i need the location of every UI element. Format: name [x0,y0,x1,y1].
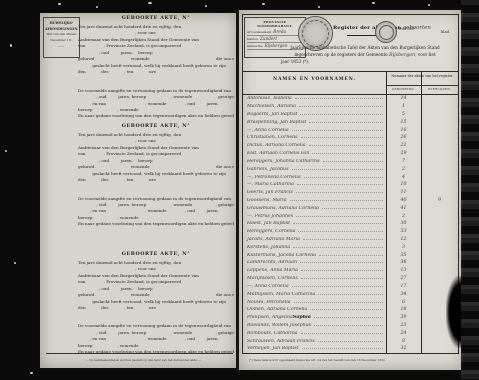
table-row: Nouws, Petronella 6 [243,298,458,306]
dotted-leader [301,333,383,334]
name-cell: Goossens, Maria [243,198,386,203]
name-cell: Leppens, Anna Maria [243,268,386,273]
form-line: den des , ten ure [78,69,234,75]
table-row: Rombouts, Catharina 24 [243,329,458,337]
act-number-cell: 27 [386,276,421,281]
name-handwritten-bold: Sophia [293,315,311,320]
dotted-leader [301,278,383,279]
blad-label: blad. [441,30,450,34]
table-row: —, Maria Catharina 10 [243,181,458,189]
act-number-cell: 18 [386,307,421,312]
act-number-cell: 41 [386,206,421,211]
form-line: gehuwd wonende die ons een kind van het [78,56,234,62]
name-cell: —, Maria Catharina [243,182,386,187]
subtitle-line2-text: ingeschreven op de registers der Gemeent… [294,52,387,57]
act-number-cell: 22 [386,143,421,148]
table-row: Mathijssen, Maria Catharina 34 [243,290,458,298]
dotted-leader [295,98,383,99]
table-row: Hereijgers, Cornelia 33 [243,228,458,236]
dotted-leader [294,302,383,303]
dotted-leader [296,216,383,217]
name-cell: Philipsen, Angelina Sophia [243,315,386,320]
form-line: gehuwd wonende die ons een kind van het [78,164,234,170]
act-number-cell: 23 [386,323,421,328]
margin-box-line: Wet van den 26sten [45,32,78,38]
table-row: Geerts, Jan Francis 11 [243,189,458,197]
scan-noise-speck [318,6,320,8]
name-cell: Nouws, Petronella [243,300,386,305]
name-cell: Christianen, Cornelis [243,135,386,140]
dotted-leader [293,247,383,248]
act-number-cell: 34 [386,292,421,297]
province-row-label: Kanton [247,36,258,42]
form-line: , en van , wonende , oud jaren, [78,336,234,342]
table-row: —, Petrus Johannes 2 [243,212,458,220]
act-number-cell: 30 [386,221,421,226]
dotted-leader [292,286,383,287]
table-row: Marijnissen, Cornelis 27 [243,275,458,283]
province-row-label: Arrondissement [247,29,271,35]
table-row: Verheijen, Jan Baptist 32 [243,345,458,353]
name-handwritten: Gabriels, Jacobus [247,167,289,172]
number-header-rule [386,85,458,86]
scan-noise-speck [428,4,430,6]
scan-noise-speck [262,3,265,5]
name-cell: Hereijgers, Johanna Catharina [243,159,386,164]
subtitle-line2-tail: , voor het [415,52,435,57]
name-handwritten: Dictus, Adriana Cornelia [247,143,306,148]
name-cell: —, Petrus Johannes [243,214,386,219]
name-cell: Braspenning, Jan Baptist [243,120,386,125]
table-row: Bogaerts, Jan Baptist 5 [243,111,458,119]
table-row: Antonisse, Isabella 14 [243,95,458,103]
table-row: Roelands, Willem Josephus 23 [243,322,458,330]
scan-noise-speck [30,372,33,374]
dotted-leader [314,317,383,318]
table-top-rule [243,71,458,72]
dotted-leader [300,262,383,263]
left-page-birth-act-forms: HUWELIJKS-AFKONDIGINGEN.Wet van den 26st… [40,13,237,368]
name-handwritten: —, Anna Cornelia [247,284,289,289]
scan-noise-speck [372,2,375,4]
act-number-cell: 16 [386,128,421,133]
birth-act-section: GEBOORTE AKTE, N° Ten jare duizend acht … [78,15,234,120]
birth-act-title: GEBOORTE AKTE, N° [78,251,234,257]
name-handwritten: —, Maria Catharina [247,182,294,187]
dotted-leader [319,255,383,256]
dotted-leader [318,341,383,342]
name-handwritten: Goossens, Maria [247,198,287,203]
dotted-leader [310,309,383,310]
name-handwritten: Marijnissen, Cornelis [247,276,298,281]
name-cell: Machielsen, Adriana [243,104,386,109]
name-cell: —, Anna Cornelia [243,128,386,133]
dotted-leader [309,145,383,146]
margin-box-line: —— [45,44,78,50]
birth-act-title: GEBOORTE AKTE, N° [78,123,234,129]
act-number-cell: 7 [386,159,421,164]
name-cell: Kustermans, Jacoba Cornelia [243,253,386,258]
name-handwritten: Leppens, Anna Maria [247,268,298,273]
form-line: , en van , wonende , oud jaren, [78,208,234,214]
birth-act-title: GEBOORTE AKTE, N° [78,15,234,21]
name-cell: Elst, Adriaan Cornelis van [243,151,386,156]
table-row: Kerstens, Johanna 3 [243,243,458,251]
act-number-cell: 2 [386,214,421,219]
dotted-leader [304,177,383,178]
right-page-footnote: (*) Deze tafel wordt opgemaakt ingevolge… [249,358,443,362]
name-handwritten: Jacobs, Adriana Maria [247,237,300,242]
act-number-cell: 29 [386,151,421,156]
table-row: Oomen, Adriana Cornelia 18 [243,306,458,314]
table-row: Elst, Adriaan Cornelis van 29 [243,150,458,158]
dotted-leader [314,325,383,326]
dotted-leader [292,169,384,170]
act-number-cell: 36 [386,260,421,265]
name-handwritten: Christianen, Cornelis [247,135,298,140]
act-number-cell: 32 [386,346,421,351]
name-handwritten: Braspenning, Jan Baptist [247,120,306,125]
province-row-handwritten-value: Zundert [260,36,277,42]
name-cell: Lambrechts, Adriaan [243,260,386,265]
act-number-cell: 10 [386,182,421,187]
dotted-leader [297,184,383,185]
name-cell: Hereijgers, Cornelia [243,229,386,234]
table-row: —, Petronella Cornelia 4 [243,173,458,181]
dotted-leader [290,200,383,201]
number-column-header: Nummer der akten van het register [386,74,458,78]
left-page-footnote: — De kantteekeningen worden gesteld op d… [60,358,227,362]
table-row: Haest, Jan Baptist 30 [243,220,458,228]
name-cell: Mathijssen, Maria Catharina [243,292,386,297]
act-number-cell: 15 [386,120,421,125]
name-handwritten: Rombouts, Catharina [247,331,298,336]
act-number-cell: 14 [386,96,421,101]
name-handwritten: Verheijen, Jan Baptist [247,346,299,351]
table-row: Grauwmans, Adriana Cornelia 41 [243,204,458,212]
act-number-cell: 3 [386,245,421,250]
act-number-cell: 12 [386,237,421,242]
register-title-underline [347,35,377,36]
name-cell: Roelands, Willem Josephus [243,323,386,328]
name-handwritten: Haest, Jan Baptist [247,221,290,226]
scan-noise-speck [148,2,152,4]
scan-noise-speck [205,5,207,7]
dotted-leader [318,294,383,295]
birth-act-witness-clause: De voormelde aangifte en vertooning geda… [78,88,234,120]
birth-act-body: Ten jare duizend acht honderd drie en vi… [78,24,234,76]
dotted-leader [296,192,383,193]
name-handwritten: Machielsen, Adriana [247,104,296,109]
dotted-leader [323,161,383,162]
birth-act-section: GEBOORTE AKTE, N° Ten jare duizend acht … [78,251,234,356]
name-cell: Dictus, Adriana Cornelia [243,143,386,148]
index-border-frame: PROVINCIE NOORDBRABANT. ArrondissementBr… [242,14,459,354]
name-cell: Oomen, Adriana Cornelia [243,307,386,312]
name-handwritten: —, Petronella Cornelia [247,175,301,180]
name-handwritten: Roelands, Willem Josephus [247,323,311,328]
name-handwritten: Oomen, Adriana Cornelia [247,307,307,312]
birth-act-witness-clause: De voormelde aangifte en vertooning geda… [78,323,234,355]
act-number-cell: 33 [386,229,421,234]
table-row: Lambrechts, Adriaan 36 [243,259,458,267]
table-row: —, Anna Cornelia 16 [243,126,458,134]
name-cell: Haest, Jan Baptist [243,221,386,226]
birth-act-body: Ten jare duizend acht honderd drie en vi… [78,132,234,184]
table-row: Machielsen, Adriana 1 [243,103,458,111]
act-number-cell: 40 [386,198,421,203]
act-number-cell: 35 [386,253,421,258]
name-handwritten: —, Petrus Johannes [247,214,293,219]
name-cell: Grauwmans, Adriana Cornelia [243,206,386,211]
name-handwritten: —, Anna Cornelia [247,128,289,133]
act-number-cell: 5 [386,112,421,117]
table-row: Dictus, Adriana Cornelia 22 [243,142,458,150]
name-handwritten: Hereijgers, Cornelia [247,229,295,234]
name-handwritten: Grauwmans, Adriana Cornelia [247,206,319,211]
dotted-leader [300,114,383,115]
birth-act-sections: GEBOORTE AKTE, N° Ten jare duizend acht … [78,15,234,379]
dotted-leader [322,208,383,209]
names-column-header: NAMEN EN VOORNAMEN. [243,77,386,82]
province-row-label: Gemeente [247,43,262,49]
subtitle-year-line: jaar 1853 (*). [281,59,453,66]
table-row: Goossens, Maria 40 9 [243,197,458,205]
form-line: geslacht heeft vertoond, welk hij verkla… [78,299,234,305]
dotted-leader [302,348,383,349]
second-number-cell: 9 [421,198,458,203]
form-line: gehuwd wonende die ons een kind van het [78,292,234,298]
birth-act-witness-clause: De voormelde aangifte en vertooning geda… [78,196,234,228]
name-handwritten: Schrauwen, Adriaan Francis [247,339,315,344]
dotted-leader [298,231,383,232]
act-number-cell: 24 [386,331,421,336]
scan-noise-speck [14,262,16,264]
dotted-leader [301,270,383,271]
name-handwritten: Elst, Adriaan Cornelis van [247,151,309,156]
name-cell: —, Petronella Cornelia [243,175,386,180]
name-cell: Antonisse, Isabella [243,96,386,101]
scan-noise-speck [10,44,12,47]
name-cell: Verheijen, Jan Baptist [243,346,386,351]
gemeente-handwritten-value: Rijsbergen [389,53,415,58]
act-number-cell: 17 [386,284,421,289]
birth-act-body: Ten jare duizend acht honderd drie en vi… [78,260,234,312]
form-line: En naar gedane voorlezing van den tegenw… [78,221,234,227]
table-row: Philipsen, Angelina Sophia 39 [243,314,458,322]
act-number-cell: 26 [386,135,421,140]
name-handwritten: Lambrechts, Adriaan [247,260,297,265]
scan-noise-speck [5,150,7,152]
name-handwritten: Antonisse, Isabella [247,96,292,101]
right-page-alphabetical-index: PROVINCIE NOORDBRABANT. ArrondissementBr… [239,10,463,370]
name-handwritten: Mathijssen, Maria Catharina [247,292,315,297]
act-number-cell: 11 [386,190,421,195]
table-row: Braspenning, Jan Baptist 15 [243,118,458,126]
name-cell: Rombouts, Catharina [243,331,386,336]
act-number-cell: 4 [386,175,421,180]
dotted-leader [292,130,383,131]
province-box-row: KantonZundert [247,36,303,43]
province-box-row: ArrondissementBreda [247,29,303,36]
table-row: Jacobs, Adriana Maria 12 [243,236,458,244]
name-handwritten: Kerstens, Johanna [247,245,290,250]
page-edge-fringe [461,0,479,380]
name-handwritten: Hereijgers, Johanna Catharina [247,159,320,164]
name-handwritten: Philipsen, Angelina [247,315,293,320]
name-handwritten: Kustermans, Jacoba Cornelia [247,253,316,258]
table-row: Leppens, Anna Maria 13 [243,267,458,275]
name-cell: Marijnissen, Cornelis [243,276,386,281]
table-row: Gabriels, Jacobus 2 [243,165,458,173]
name-cell: Jacobs, Adriana Maria [243,237,386,242]
dotted-leader [299,106,383,107]
dotted-leader [293,223,383,224]
scanned-civil-register-document: HUWELIJKS-AFKONDIGINGEN.Wet van den 26st… [0,0,479,380]
subcolumn-header-2: OVERLIJDEN. [421,87,458,91]
act-number-cell: 8 [386,339,421,344]
name-cell: Geerts, Jan Francis [243,190,386,195]
name-cell: Bogaerts, Jan Baptist [243,112,386,117]
table-row: Christianen, Cornelis 26 [243,134,458,142]
table-row: Hereijgers, Johanna Catharina 7 [243,158,458,166]
act-number-cell: 6 [386,300,421,305]
province-title: PROVINCIE NOORDBRABANT. [247,20,303,28]
left-page-bottom-rule [46,353,233,354]
act-number-cell: 2 [386,167,421,172]
form-line: den des , ten ure [78,177,234,183]
form-line: De voormelde aangifte en vertooning geda… [78,323,234,329]
dotted-leader [309,122,383,123]
act-number-cell: 13 [386,268,421,273]
name-cell: Schrauwen, Adriaan Francis [243,339,386,344]
margin-annotation-box: HUWELIJKS-AFKONDIGINGEN.Wet van den 26st… [43,17,80,58]
scan-noise-speck [58,3,61,5]
name-handwritten: Nouws, Petronella [247,300,291,305]
subtitle-line1: Jaarlijksche alphabetische Tafel der Akt… [277,45,453,52]
scan-noise-speck [96,6,98,8]
form-line: , oud jaren, beroep , wonende , getuige, [78,94,234,100]
act-number-cell: 1 [386,104,421,109]
name-handwritten: Bogaerts, Jan Baptist [247,112,297,117]
name-cell: Kerstens, Johanna [243,245,386,250]
table-row: —, Anna Cornelia 17 [243,283,458,291]
table-row: Kustermans, Jacoba Cornelia 35 [243,251,458,259]
index-name-rows: Antonisse, Isabella 14 Machielsen, Adria… [243,95,458,353]
subcolumn-header-1: GEBOORTEN. [386,87,421,91]
form-line: En naar gedane voorlezing van den tegenw… [78,113,234,119]
birth-act-section: GEBOORTE AKTE, N° Ten jare duizend acht … [78,123,234,228]
name-cell: Gabriels, Jacobus [243,167,386,172]
official-stamp-small-icon [375,21,397,43]
form-line: den des , ten ure [78,305,234,311]
name-cell: —, Anna Cornelia [243,284,386,289]
subtitle-line2: ingeschreven op de registers der Gemeent… [277,52,453,60]
dotted-leader [303,239,383,240]
dotted-leader [312,153,383,154]
dotted-leader [301,137,383,138]
blad-number-handwritten: eerste [399,26,415,32]
province-row-handwritten-value: Breda [273,29,286,35]
name-handwritten: Geerts, Jan Francis [247,190,293,195]
table-row: Schrauwen, Adriaan Francis 8 [243,337,458,345]
act-number-cell: 39 [386,315,421,320]
table-subtitle: Jaarlijksche alphabetische Tafel der Akt… [277,45,453,66]
